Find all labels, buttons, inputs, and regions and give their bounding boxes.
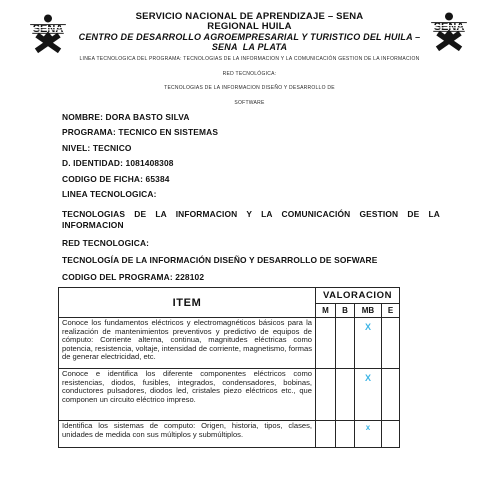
- header-title-line2: REGIONAL HUILA: [68, 22, 431, 32]
- field-label: D. IDENTIDAD:: [62, 158, 123, 168]
- rating-mark-e: [382, 421, 400, 448]
- field-row-nombre: NOMBRE: DORA BASTO SILVA: [62, 112, 440, 127]
- rating-mark-e: [382, 318, 400, 369]
- header-center-line1: CENTRO DE DESARROLLO AGROEMPRESARIAL Y T…: [68, 32, 431, 42]
- rating-mark-mb: x: [355, 421, 382, 448]
- field-row-programa: PROGRAMA: TECNICO EN SISTEMAS: [62, 127, 440, 142]
- rating-mark-mb: X: [355, 369, 382, 421]
- rating-mark-b: [336, 318, 355, 369]
- field-label: NOMBRE:: [62, 112, 103, 122]
- codigo-programa-row: CODIGO DEL PROGRAMA: 228102: [62, 272, 440, 282]
- field-row-ficha: CODIGO DE FICHA: 65384: [62, 174, 440, 189]
- rating-mark-m: [316, 318, 336, 369]
- table-row: Conoce los fundamentos eléctricos y elec…: [59, 318, 400, 369]
- sena-logo-left: SENA: [27, 13, 69, 55]
- item-text: Conoce los fundamentos eléctricos y elec…: [59, 318, 316, 369]
- field-label: NIVEL:: [62, 143, 90, 153]
- document-header: SERVICIO NACIONAL DE APRENDIZAJE – SENA …: [68, 12, 431, 106]
- header-red-line2: SOFTWARE: [68, 100, 431, 106]
- field-value: DORA BASTO SILVA: [106, 112, 190, 122]
- rating-mark-b: [336, 421, 355, 448]
- valoracion-table: ITEM VALORACION M B MB E Conoce los fund…: [58, 287, 400, 448]
- rating-mark-e: [382, 369, 400, 421]
- field-label: LINEA TECNOLOGICA:: [62, 189, 157, 199]
- item-text: Identifica los sistemas de computo: Orig…: [59, 421, 316, 448]
- field-row-nivel: NIVEL: TECNICO: [62, 143, 440, 158]
- header-linea-programa: LINEA TECNOLOGICA DEL PROGRAMA: TECNOLOG…: [68, 56, 431, 62]
- rating-col-header-mb: MB: [355, 304, 382, 318]
- linea-tecnologica-text: TECNOLOGIAS DE LA INFORMACION Y LA COMUN…: [62, 209, 440, 231]
- header-center-line2: SENA LA PLATA: [68, 42, 431, 52]
- field-row-identidad: D. IDENTIDAD: 1081408308: [62, 158, 440, 173]
- header-red-label: RED TECNOLÓGICA:: [68, 71, 431, 77]
- rating-col-header-m: M: [316, 304, 336, 318]
- rating-mark-m: [316, 369, 336, 421]
- codigo-programa-label: CODIGO DEL PROGRAMA:: [62, 272, 173, 282]
- table-header-row: ITEM VALORACION: [59, 288, 400, 304]
- rating-mark-b: [336, 369, 355, 421]
- header-red-line1: TECNOLOGIAS DE LA INFORMACION DISEÑO Y D…: [68, 85, 431, 91]
- codigo-programa-value: 228102: [175, 272, 204, 282]
- item-column-header: ITEM: [59, 288, 316, 318]
- field-label: PROGRAMA:: [62, 127, 116, 137]
- red-tecnologica-text: TECNOLOGÍA DE LA INFORMACIÓN DISEÑO Y DE…: [62, 255, 440, 265]
- field-value: 1081408308: [126, 158, 174, 168]
- field-value: 65384: [146, 174, 170, 184]
- valoracion-column-header: VALORACION: [316, 288, 400, 304]
- red-tecnologica-label: RED TECNOLOGICA:: [62, 238, 440, 248]
- field-value: TECNICO EN SISTEMAS: [118, 127, 218, 137]
- table-row: Identifica los sistemas de computo: Orig…: [59, 421, 400, 448]
- student-info: NOMBRE: DORA BASTO SILVA PROGRAMA: TECNI…: [62, 112, 440, 282]
- item-text: Conoce e identifica los diferente compon…: [59, 369, 316, 421]
- document-page: SENA SENA SERVICIO NACIONAL DE APRENDIZA…: [0, 0, 495, 495]
- field-row-linea-tecnologica: LINEA TECNOLOGICA:: [62, 189, 440, 204]
- field-value: TECNICO: [93, 143, 132, 153]
- valoracion-table-wrapper: ITEM VALORACION M B MB E Conoce los fund…: [58, 287, 400, 448]
- rating-col-header-b: B: [336, 304, 355, 318]
- table-row: Conoce e identifica los diferente compon…: [59, 369, 400, 421]
- rating-col-header-e: E: [382, 304, 400, 318]
- sena-logo-right: SENA: [428, 11, 470, 53]
- rating-mark-m: [316, 421, 336, 448]
- rating-mark-mb: X: [355, 318, 382, 369]
- field-label: CODIGO DE FICHA:: [62, 174, 143, 184]
